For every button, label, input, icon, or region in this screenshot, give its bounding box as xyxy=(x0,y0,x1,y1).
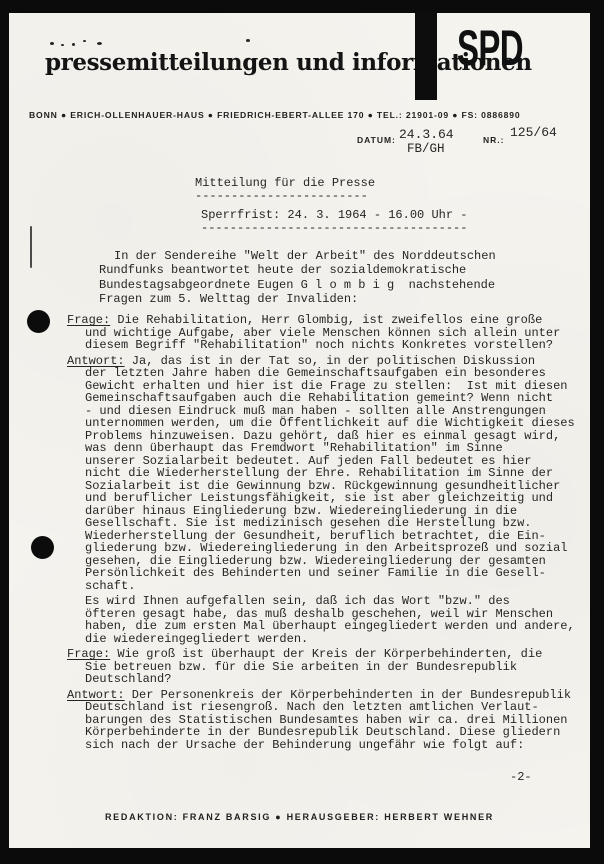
datum-label: DATUM: xyxy=(357,135,396,145)
scan-speck xyxy=(50,42,54,45)
scan-speck xyxy=(246,39,250,42)
nr-value: 125/64 xyxy=(510,125,557,140)
qa-paragraph: Frage: Wie groß ist überhaupt der Kreis … xyxy=(67,648,583,686)
qa-paragraph: Antwort: Ja, das ist in der Tat so, in d… xyxy=(67,355,583,593)
qa-paragraph: Frage: Die Rehabilitation, Herr Glombig,… xyxy=(67,314,583,352)
hole-punch xyxy=(27,310,50,333)
heading-press-notice: Mitteilung für die Presse --------------… xyxy=(195,177,375,203)
scan-speck xyxy=(61,44,64,46)
hole-punch xyxy=(31,536,54,559)
qa-lines: Wie groß ist überhaupt der Kreis der Kör… xyxy=(85,647,542,686)
footer-imprint: REDAKTION: FRANZ BARSIG ● HERAUSGEBER: H… xyxy=(9,812,590,822)
qa-lines: Die Rehabilitation, Herr Glombig, ist zw… xyxy=(85,313,560,352)
qa-paragraph: Es wird Ihnen aufgefallen sein, daß ich … xyxy=(67,595,583,645)
scan-speck xyxy=(72,43,75,46)
qa-lines: Es wird Ihnen aufgefallen sein, daß ich … xyxy=(85,594,575,646)
reference-code: FB/GH xyxy=(407,142,445,156)
scanned-press-release: { "colors": { "paper": "#f5f3ee", "ink":… xyxy=(0,0,604,864)
scan-edge-mark xyxy=(30,226,32,268)
address-line: BONN ● ERICH-OLLENHAUER-HAUS ● FRIEDRICH… xyxy=(29,110,584,120)
qa-lines: Der Personenkreis der Körperbehinderten … xyxy=(85,688,571,752)
body-text: In der Sendereihe "Welt der Arbeit" des … xyxy=(67,249,583,754)
heading-sperrfrist: Sperrfrist: 24. 3. 1964 - 16.00 Uhr - --… xyxy=(201,209,467,235)
datum-value: 24.3.64 xyxy=(399,127,454,142)
qa-paragraph: Antwort: Der Personenkreis der Körperbeh… xyxy=(67,689,583,752)
nr-label: NR.: xyxy=(483,135,504,145)
page-number: -2- xyxy=(510,770,532,784)
scan-speck xyxy=(83,40,86,42)
spd-logo-bar xyxy=(415,13,437,100)
qa-lines: Ja, das ist in der Tat so, in der politi… xyxy=(85,354,575,593)
spd-logo: SPD xyxy=(457,23,523,73)
intro-paragraph: In der Sendereihe "Welt der Arbeit" des … xyxy=(67,249,583,306)
scan-speck xyxy=(97,42,102,45)
document-page: pressemitteilungen und informationen SPD… xyxy=(9,13,590,848)
